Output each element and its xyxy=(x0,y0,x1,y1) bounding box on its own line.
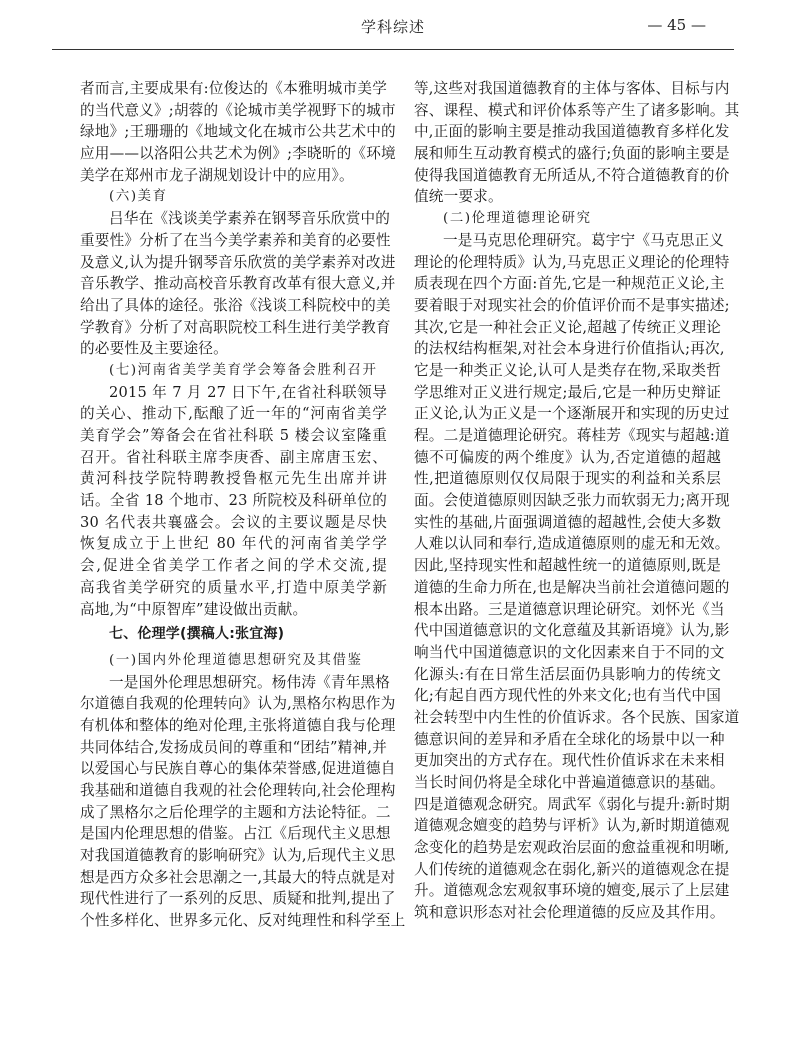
subsection-heading: (一)国内外伦理道德思想研究及其借鉴 xyxy=(80,650,387,672)
text-line: 化源头:有在日常生活层面仍具影响力的传统文 xyxy=(414,664,721,686)
text-line: 我基础和道德自我观的社会伦理转向,社会伦理构 xyxy=(80,780,387,802)
text-line: 给出了具体的途径。张浴《浅谈工科院校中的美 xyxy=(80,295,387,317)
text-line: 念变化的趋势是宏观政治层面的愈益重视和明晰, xyxy=(414,837,721,859)
text-line: 四是道德观念研究。周武军《弱化与提升:新时期 xyxy=(414,794,721,816)
page-number: — 45 — xyxy=(647,16,706,34)
text-line: 因此,坚持现实性和超越性统一的道德原则,既是 xyxy=(414,555,721,577)
text-line: 要着眼于对现实社会的价值评价而不是事实描述; xyxy=(414,295,721,317)
text-line: 中,正面的影响主要是推动我国道德教育多样化发 xyxy=(414,121,721,143)
text-line: 及意义,认为提升钢琴音乐欣赏的美学素养对改进 xyxy=(80,252,387,274)
text-line: 学思维对正义进行规定;最后,它是一种历史辩证 xyxy=(414,382,721,404)
text-line: 代中国道德意识的文化意蕴及其新语境》认为,影 xyxy=(414,620,721,642)
text-line: 人难以认同和奉行,造成道德原则的虚无和无效。 xyxy=(414,533,721,555)
text-line: 容、课程、模式和评价体系等产生了诸多影响。其 xyxy=(414,100,721,122)
text-line: 音乐教学、推动高校音乐教育改革有很大意义,并 xyxy=(80,273,387,295)
text-line: 学教育》分析了对高职院校工科生进行美学教育 xyxy=(80,317,387,339)
text-line: 正义论,认为正义是一个逐渐展开和实现的历史过 xyxy=(414,403,721,425)
text-line: 的关心、推动下,酝酿了近一年的“河南省美学 xyxy=(80,403,387,425)
text-line: 使得我国道德教育无所适从,不符合道德教育的价 xyxy=(414,165,721,187)
text-line: 化;有起自西方现代性的外来文化;也有当代中国 xyxy=(414,685,721,707)
text-line: 召开。省社科联主席李庚香、副主席唐玉宏、 xyxy=(80,447,387,469)
text-line: 话。全省 18 个地市、23 所院校及科研单位的 xyxy=(80,490,387,512)
text-line: 2015 年 7 月 27 日下午,在省社科联领导 xyxy=(80,382,387,404)
text-line: 黄河科技学院特聘教授鲁枢元先生出席并讲 xyxy=(80,468,387,490)
section-heading: 七、伦理学(撰稿人:张宜海) xyxy=(80,624,387,646)
text-line: 的当代意义》;胡蓉的《论城市美学视野下的城市 xyxy=(80,100,387,122)
text-line: 者而言,主要成果有:位俊达的《本雅明城市美学 xyxy=(80,78,387,100)
text-line: 等,这些对我国道德教育的主体与客体、目标与内 xyxy=(414,78,721,100)
text-line: 是国内伦理思想的借鉴。占江《后现代主义思想 xyxy=(80,823,387,845)
right-column: 等,这些对我国道德教育的主体与客体、目标与内容、课程、模式和评价体系等产生了诸多… xyxy=(414,78,721,924)
text-line: 理论的伦理特质》认为,马克思正义理论的伦理特 xyxy=(414,252,721,274)
text-line: 以爱国心与民族自尊心的集体荣誉感,促进道德自 xyxy=(80,758,387,780)
text-line: 程。二是道德理论研究。蒋桂芳《现实与超越:道 xyxy=(414,425,721,447)
text-line: 更加突出的方式存在。现代性价值诉求在未来相 xyxy=(414,750,721,772)
text-line: 有机体和整体的绝对伦理,主张将道德自我与伦理 xyxy=(80,715,387,737)
text-line: 的法权结构框架,对社会本身进行价值指认;再次, xyxy=(414,338,721,360)
text-line: 升。道德观念宏观叙事环境的嬗变,展示了上层建 xyxy=(414,880,721,902)
text-line: 美育学会”筹备会在省社科联 5 楼会议室隆重 xyxy=(80,425,387,447)
text-line: 想是西方众多社会思潮之一,其最大的特点就是对 xyxy=(80,867,387,889)
text-line: 质表现在四个方面:首先,它是一种规范正义论,主 xyxy=(414,273,721,295)
text-line: 实性的基础,片面强调道德的超越性,会使大多数 xyxy=(414,512,721,534)
header-divider xyxy=(52,49,734,50)
subsection-heading: (六)美育 xyxy=(80,186,387,208)
text-line: 人们传统的道德观念在弱化,新兴的道德观念在提 xyxy=(414,859,721,881)
subsection-heading: (七)河南省美学美育学会筹备会胜利召开 xyxy=(80,360,387,382)
text-line: 高地,为“中原智库”建设做出贡献。 xyxy=(80,599,387,621)
text-line: 德不可偏废的两个维度》认为,否定道德的超越 xyxy=(414,447,721,469)
text-line: 当长时间仍将是全球化中普遍道德意识的基础。 xyxy=(414,772,721,794)
subsection-heading: (二)伦理道德理论研究 xyxy=(414,208,721,230)
text-line: 吕华在《浅谈美学素养在钢琴音乐欣赏中的 xyxy=(80,208,387,230)
text-line: 筑和意识形态对社会伦理道德的反应及其作用。 xyxy=(414,902,721,924)
text-line: 绿地》;王珊珊的《地域文化在城市公共艺术中的 xyxy=(80,121,387,143)
text-line: 对我国道德教育的影响研究》认为,后现代主义思 xyxy=(80,845,387,867)
text-line: 尔道德自我观的伦理转向》认为,黑格尔构思作为 xyxy=(80,693,387,715)
text-line: 个性多样化、世界多元化、反对纯理性和科学至上 xyxy=(80,910,387,932)
text-line: 会,促进全省美学工作者之间的学术交流,提 xyxy=(80,555,387,577)
text-line: 高我省美学研究的质量水平,打造中原美学新 xyxy=(80,577,387,599)
text-line: 应用——以洛阳公共艺术为例》;李晓昕的《环境 xyxy=(80,143,387,165)
text-line: 德意识间的差异和矛盾在全球化的场景中以一种 xyxy=(414,729,721,751)
text-line: 值统一要求。 xyxy=(414,186,721,208)
text-line: 成了黑格尔之后伦理学的主题和方法论特征。二 xyxy=(80,802,387,824)
text-line: 性,把道德原则仅仅局限于现实的利益和关系层 xyxy=(414,468,721,490)
text-line: 其次,它是一种社会正义论,超越了传统正义理论 xyxy=(414,317,721,339)
text-line: 一是国外伦理思想研究。杨伟涛《青年黑格 xyxy=(80,672,387,694)
text-line: 它是一种类正义论,认可人是类存在物,采取类哲 xyxy=(414,360,721,382)
text-line: 重要性》分析了在当今美学素养和美育的必要性 xyxy=(80,230,387,252)
text-line: 社会转型中内生性的价值诉求。各个民族、国家道 xyxy=(414,707,721,729)
text-line: 30 名代表共襄盛会。会议的主要议题是尽快 xyxy=(80,512,387,534)
journal-section-title: 学科综述 xyxy=(80,16,706,37)
text-line: 一是马克思伦理研究。葛宇宁《马克思正义 xyxy=(414,230,721,252)
text-line: 美学在郑州市龙子湖规划设计中的应用》。 xyxy=(80,165,387,187)
text-line: 的必要性及主要途径。 xyxy=(80,338,387,360)
text-line: 道德观念嬗变的趋势与评析》认为,新时期道德观 xyxy=(414,815,721,837)
text-line: 响当代中国道德意识的文化因素来自于不同的文 xyxy=(414,642,721,664)
text-line: 展和师生互动教育模式的盛行;负面的影响主要是 xyxy=(414,143,721,165)
text-line: 面。会使道德原则因缺乏张力而软弱无力;离开现 xyxy=(414,490,721,512)
left-column: 者而言,主要成果有:位俊达的《本雅明城市美学的当代意义》;胡蓉的《论城市美学视野… xyxy=(80,78,387,932)
text-line: 共同体结合,发扬成员间的尊重和“团结”精神,并 xyxy=(80,737,387,759)
text-line: 现代性进行了一系列的反思、质疑和批判,提出了 xyxy=(80,888,387,910)
text-line: 道德的生命力所在,也是解决当前社会道德问题的 xyxy=(414,577,721,599)
text-line: 恢复成立于上世纪 80 年代的河南省美学学 xyxy=(80,533,387,555)
text-line: 根本出路。三是道德意识理论研究。刘怀光《当 xyxy=(414,599,721,621)
